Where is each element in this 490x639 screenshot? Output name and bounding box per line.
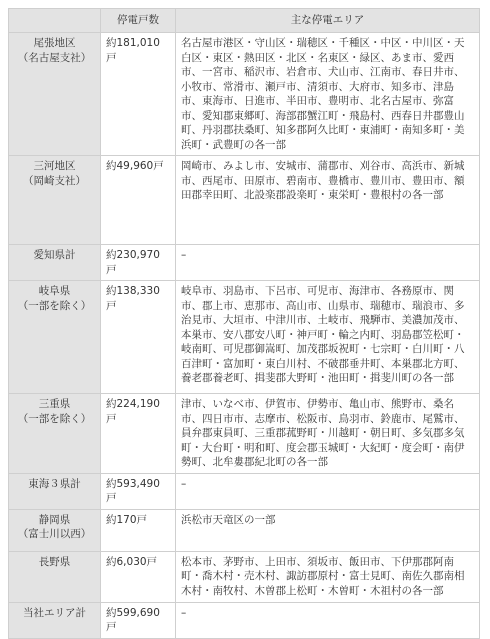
region-cell: 尾張地区 （名古屋支社）: [9, 33, 101, 156]
table-row: 静岡県 （富士川以西） 約170戸 浜松市天竜区の一部: [9, 509, 480, 551]
households-cell: 約170戸: [101, 509, 176, 551]
table-row: 東海３県計 約593,490戸 –: [9, 473, 480, 509]
table-row: 長野県 約6,030戸 松本市、茅野市、上田市、須坂市、飯田市、下伊那郡阿南町・…: [9, 551, 480, 570]
region-name: 三河地区: [14, 159, 95, 174]
region-name: 岐阜県: [14, 284, 95, 299]
region-name: 尾張地区: [14, 36, 95, 51]
households-cell: 約49,960戸: [101, 156, 176, 245]
region-name: 三重県: [14, 397, 95, 412]
areas-cell: –: [176, 473, 480, 509]
table-row: 尾張地区 （名古屋支社） 約181,010戸 名古屋市港区・守山区・瑞穂区・千種…: [9, 33, 480, 156]
areas-cell: –: [176, 245, 480, 281]
region-cell: 東海３県計: [9, 473, 101, 509]
region-name: 静岡県: [14, 513, 95, 528]
region-sub: （富士川以西）: [14, 527, 95, 542]
areas-cell: 岡崎市、みよし市、安城市、蒲郡市、刈谷市、高浜市、新城市、西尾市、田原市、碧南市…: [176, 156, 480, 245]
households-cell: 約6,030戸: [101, 551, 176, 570]
region-cell: 静岡県 （富士川以西）: [9, 509, 101, 551]
outage-table: 停電戸数 主な停電エリア 尾張地区 （名古屋支社） 約181,010戸 名古屋市…: [8, 8, 480, 570]
region-cell: 長野県: [9, 551, 101, 570]
region-sub: （岡崎支社）: [14, 174, 95, 189]
region-sub: （一部を除く）: [14, 412, 95, 427]
areas-cell: 浜松市天竜区の一部: [176, 509, 480, 551]
region-cell: 三河地区 （岡崎支社）: [9, 156, 101, 245]
region-name: 長野県: [14, 555, 95, 570]
region-cell: 三重県 （一部を除く）: [9, 394, 101, 474]
region-sub: （名古屋支社）: [14, 51, 95, 66]
areas-cell: 名古屋市港区・守山区・瑞穂区・千種区・中区・中川区・天白区・東区・熱田区・北区・…: [176, 33, 480, 156]
header-areas: 主な停電エリア: [176, 9, 480, 33]
areas-cell: 津市、いなべ市、伊賀市、伊勢市、亀山市、熊野市、桑名市、四日市市、志摩市、松阪市…: [176, 394, 480, 474]
header-households: 停電戸数: [101, 9, 176, 33]
households-cell: 約230,970戸: [101, 245, 176, 281]
region-name: 東海３県計: [14, 477, 95, 492]
areas-cell: 松本市、茅野市、上田市、須坂市、飯田市、下伊那郡阿南町・喬木村・売木村、諏訪郡原…: [176, 551, 480, 570]
table-row: 三河地区 （岡崎支社） 約49,960戸 岡崎市、みよし市、安城市、蒲郡市、刈谷…: [9, 156, 480, 245]
region-name: 愛知県計: [14, 248, 95, 263]
region-cell: 岐阜県 （一部を除く）: [9, 281, 101, 394]
table-row: 岐阜県 （一部を除く） 約138,330戸 岐阜市、羽島市、下呂市、可児市、海津…: [9, 281, 480, 394]
region-sub: （一部を除く）: [14, 299, 95, 314]
header-region: [9, 9, 101, 33]
areas-cell: 岐阜市、羽島市、下呂市、可児市、海津市、各務原市、関市、郡上市、恵那市、高山市、…: [176, 281, 480, 394]
households-cell: 約138,330戸: [101, 281, 176, 394]
households-cell: 約593,490戸: [101, 473, 176, 509]
households-cell: 約224,190戸: [101, 394, 176, 474]
households-cell: 約181,010戸: [101, 33, 176, 156]
table-row: 愛知県計 約230,970戸 –: [9, 245, 480, 281]
region-cell: 愛知県計: [9, 245, 101, 281]
header-row: 停電戸数 主な停電エリア: [9, 9, 480, 33]
table-row: 三重県 （一部を除く） 約224,190戸 津市、いなべ市、伊賀市、伊勢市、亀山…: [9, 394, 480, 474]
